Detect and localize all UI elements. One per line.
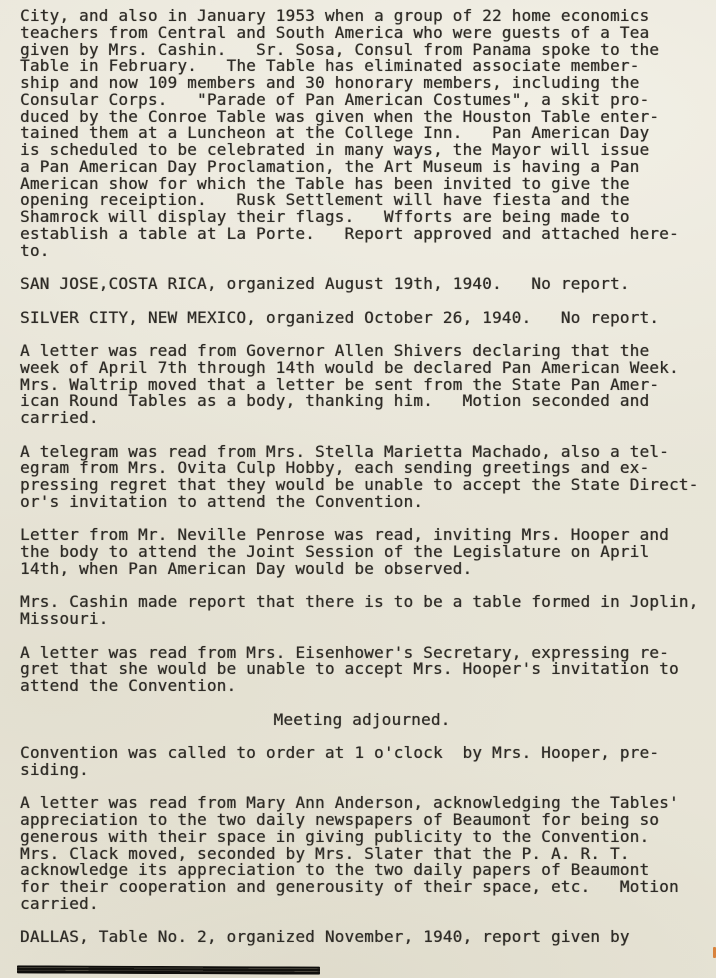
para-eisenhower-secretary-letter: A letter was read from Mrs. Eisenhower's… [20,645,704,695]
para-joplin-table-report: Mrs. Cashin made report that there is to… [20,594,704,628]
para-silver-city-new-mexico: SILVER CITY, NEW MEXICO, organized Octob… [20,310,704,327]
para-houston-table-report-continuation: City, and also in January 1953 when a gr… [20,8,704,259]
scanned-typewritten-minutes-page: { "page": { "paragraphs": [ [ "City, and… [0,0,716,978]
para-convention-called-to-order: Convention was called to order at 1 o'cl… [20,745,704,779]
para-san-jose-costa-rica: SAN JOSE,COSTA RICA, organized August 19… [20,276,704,293]
scan-artifact-next-page-edge [17,965,320,974]
typewritten-page: City, and also in January 1953 when a gr… [0,0,716,978]
para-meeting-adjourned: Meeting adjourned. [20,712,704,729]
para-anderson-letter: A letter was read from Mary Ann Anderson… [20,795,704,912]
para-governor-shivers-letter: A letter was read from Governor Allen Sh… [20,343,704,427]
para-telegrams-machado-hobby: A telegram was read from Mrs. Stella Mar… [20,444,704,511]
para-dallas-table-2: DALLAS, Table No. 2, organized November,… [20,929,704,946]
para-penrose-letter: Letter from Mr. Neville Penrose was read… [20,527,704,577]
